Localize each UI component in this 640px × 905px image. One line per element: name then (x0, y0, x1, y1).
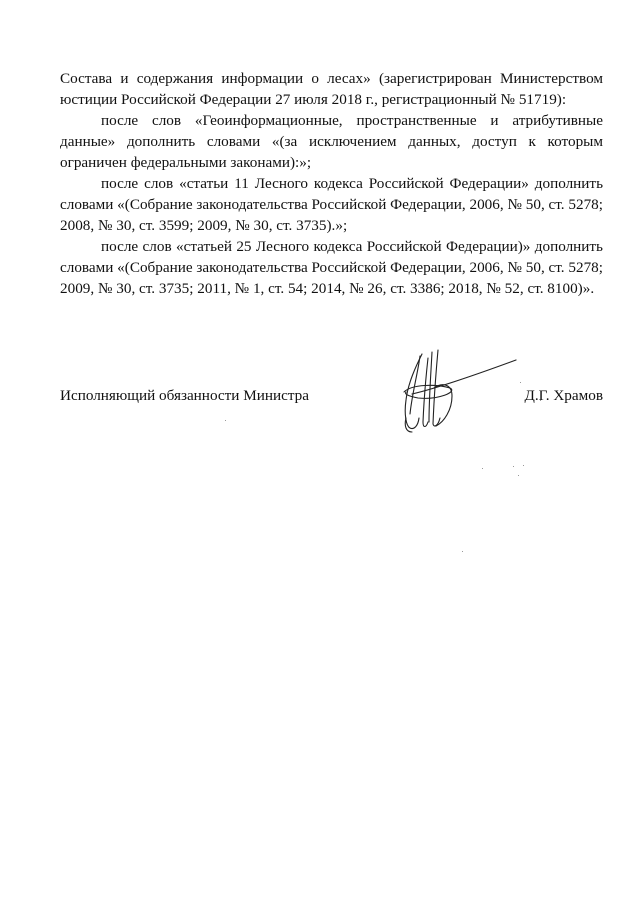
signatory-name: Д.Г. Храмов (525, 385, 604, 406)
scan-speck (520, 382, 521, 383)
paragraph-2: после слов «Геоинформационные, пространс… (60, 110, 603, 173)
paragraph-3: после слов «статьи 11 Лесного кодекса Ро… (60, 173, 603, 236)
scan-speck (523, 465, 524, 466)
document-page: Состава и содержания информации о лесах»… (0, 0, 640, 905)
signatory-title: Исполняющий обязанности Министра (60, 385, 309, 406)
paragraph-4: после слов «статьей 25 Лесного кодекса Р… (60, 236, 603, 299)
scan-speck (518, 475, 519, 476)
scan-speck (225, 420, 226, 421)
paragraph-1: Состава и содержания информации о лесах»… (60, 68, 603, 110)
scan-speck (540, 400, 541, 401)
document-body: Состава и содержания информации о лесах»… (60, 68, 603, 299)
scan-speck (513, 466, 514, 467)
handwritten-signature-icon (398, 348, 528, 433)
scan-speck (462, 551, 463, 552)
scan-speck (482, 468, 483, 469)
